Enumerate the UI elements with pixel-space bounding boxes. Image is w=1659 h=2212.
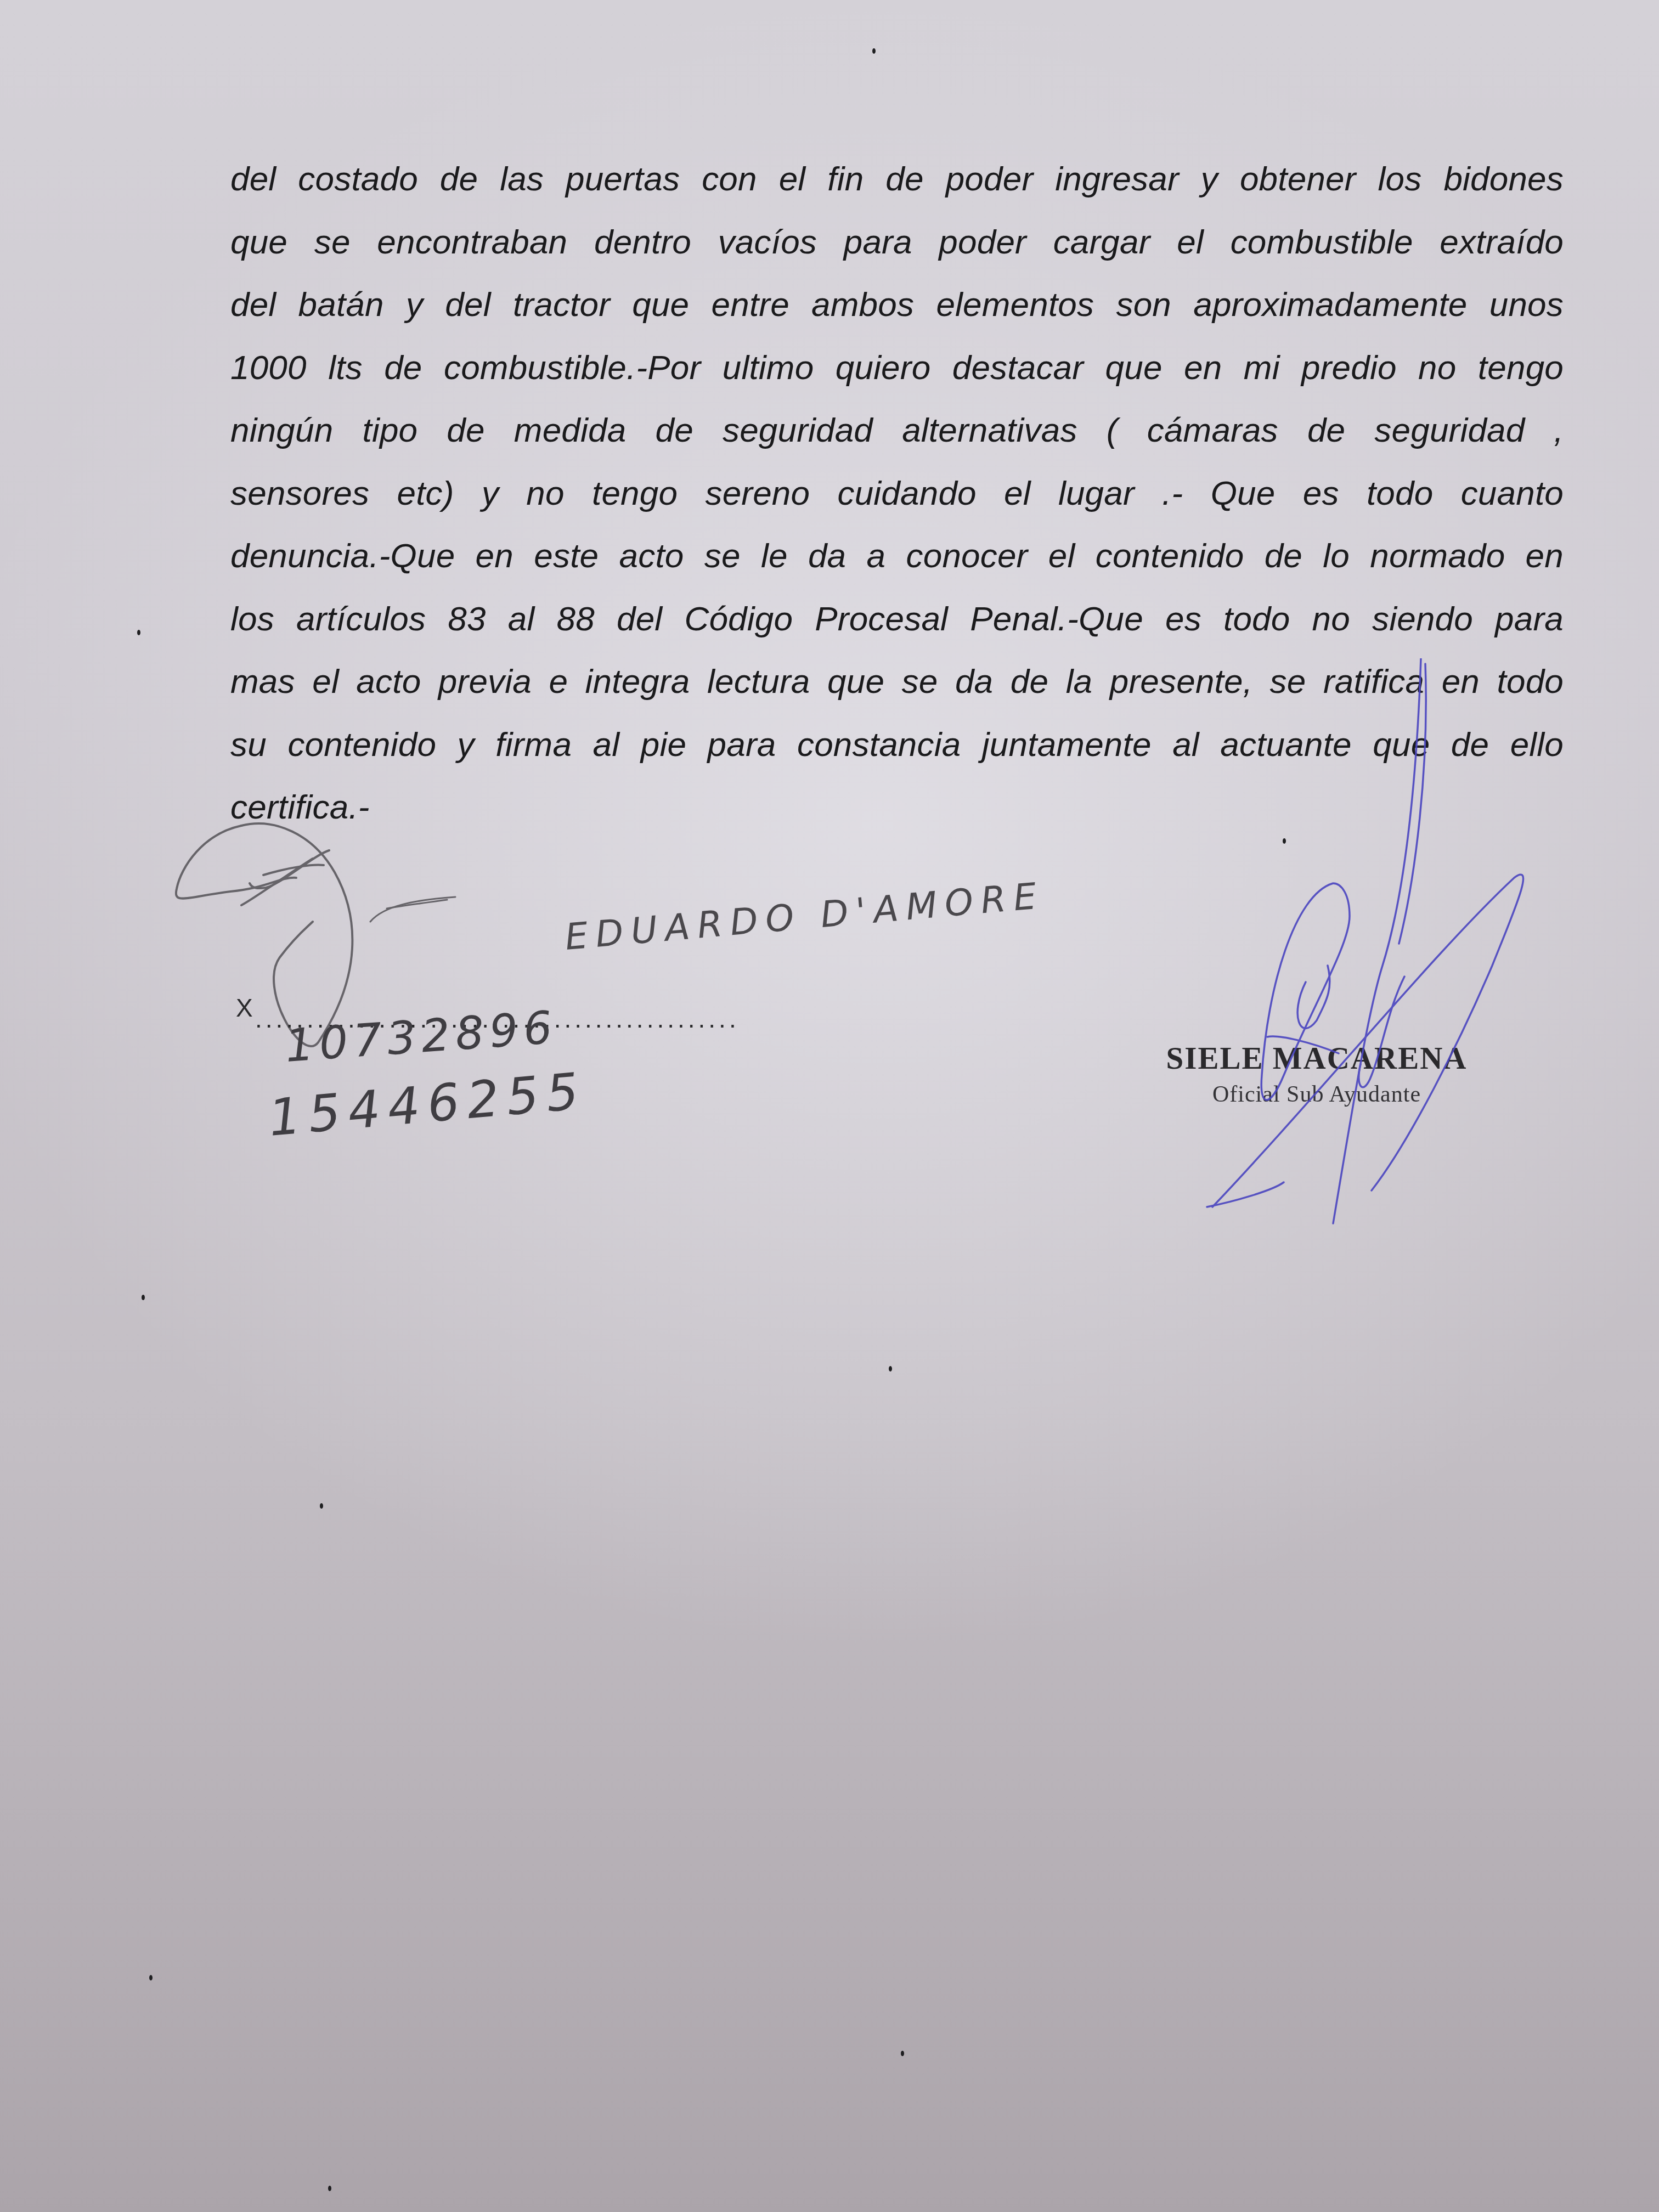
officer-signature — [1152, 658, 1591, 1344]
paper-speck — [137, 630, 140, 635]
paper-speck — [1283, 838, 1286, 844]
body-line: del batán y del tractor que entre ambos … — [230, 274, 1564, 337]
body-line: ningún tipo de medida de seguridad alter… — [230, 399, 1564, 462]
body-line: 1000 lts de combustible.-Por ultimo quie… — [230, 337, 1564, 400]
body-line: sensores etc) y no tengo sereno cuidando… — [230, 462, 1564, 526]
paper-speck — [328, 2186, 331, 2191]
body-line: que se encontraban dentro vacíos para po… — [230, 211, 1564, 274]
body-line: los artículos 83 al 88 del Código Proces… — [230, 588, 1564, 651]
paper-speck — [889, 1366, 892, 1372]
paper-speck — [872, 48, 876, 54]
scanned-document-page: del costado de las puertas con el fin de… — [0, 0, 1659, 2212]
body-line: denuncia.-Que en este acto se le da a co… — [230, 525, 1564, 588]
paper-speck — [142, 1295, 145, 1300]
paper-speck — [149, 1975, 153, 1980]
paper-speck — [320, 1503, 323, 1509]
body-line: del costado de las puertas con el fin de… — [230, 148, 1564, 211]
declarant-signature-block: EDUARDO D'AMORE X ......................… — [170, 812, 1048, 1169]
signature-x-mark: X — [236, 993, 253, 1023]
officer-signature-scribble-icon — [1152, 658, 1591, 1344]
paper-speck — [901, 2051, 904, 2056]
